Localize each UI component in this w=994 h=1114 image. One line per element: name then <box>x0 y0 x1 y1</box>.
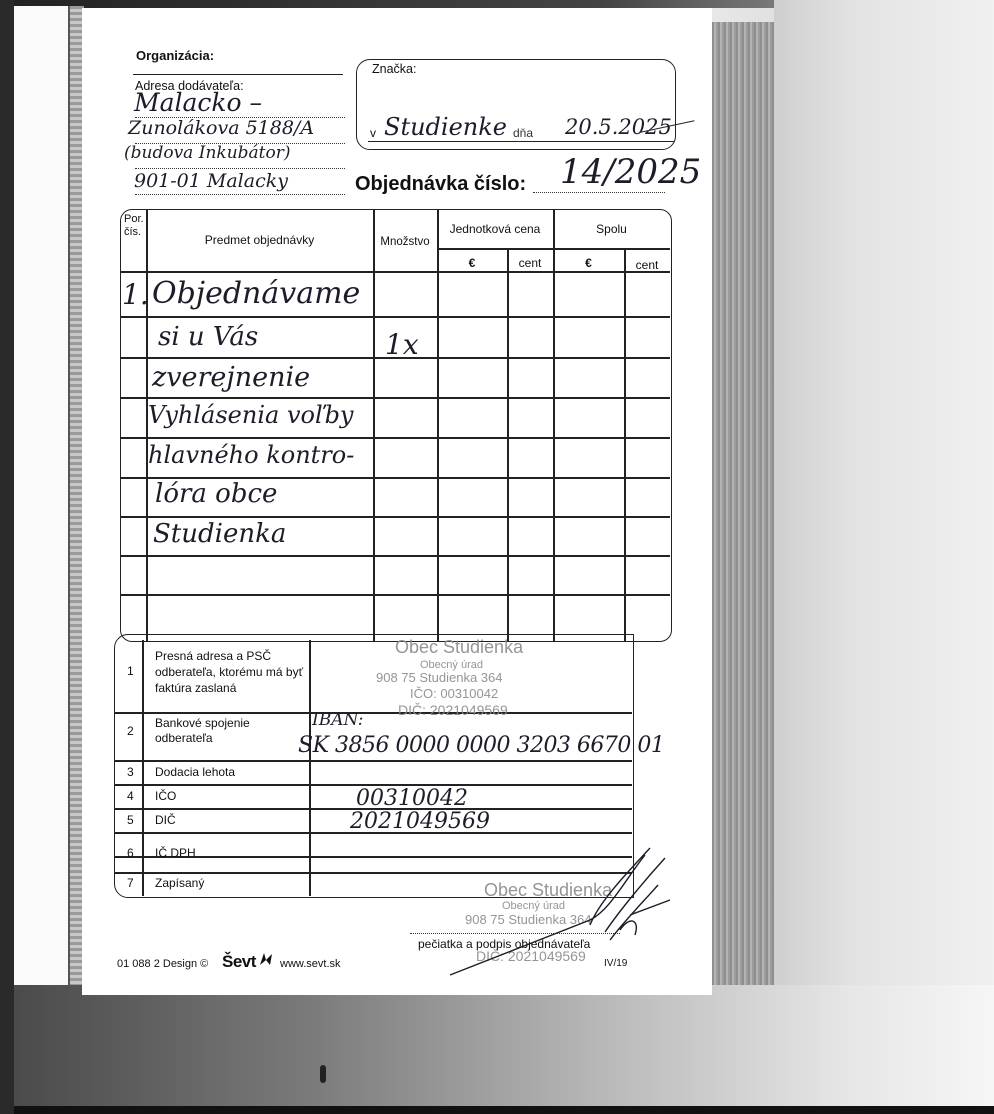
scanner-surface <box>774 0 994 985</box>
bank-iban-prefix: IBAN: <box>312 710 363 730</box>
place-date-underline <box>368 141 674 142</box>
date-label: dňa <box>513 126 533 140</box>
row-line-4 <box>120 437 670 439</box>
place-prefix: v <box>370 126 376 140</box>
customer-row-7-number: 7 <box>127 876 134 890</box>
customer-row-5-label: DIČ <box>155 813 176 827</box>
customer-row-5-number: 5 <box>127 813 134 827</box>
col-divider-unit-euro <box>507 248 509 641</box>
customer-row-2-label: Bankové spojenie odberateľa <box>155 716 295 746</box>
item-subject-line-5: hlavného kontro- <box>148 441 354 469</box>
order-number-label: Objednávka číslo: <box>355 173 526 196</box>
col-header-total-euro: € <box>553 256 624 270</box>
place-value: Studienke <box>384 113 507 141</box>
order-number-value: 14/2025 <box>560 152 701 192</box>
row-line-8 <box>120 594 670 596</box>
dic-value: 2021049569 <box>350 809 490 834</box>
customer-col-divider-label <box>309 640 311 896</box>
butterfly-logo-icon <box>258 951 274 967</box>
customer-row-2-number: 2 <box>127 724 134 738</box>
item-subject-line-2: si u Vás <box>158 322 258 352</box>
scan-bottom-edge <box>14 1106 994 1114</box>
brand-logo-text: Ševt <box>222 952 256 972</box>
dust-speck <box>320 1065 326 1083</box>
table-header-divider <box>120 271 670 273</box>
item-subject-line-1: Objednávame <box>152 276 360 311</box>
customer-row-7-label: Zapísaný <box>155 876 204 890</box>
address-dotted-line-4 <box>135 194 345 195</box>
signature-scribble <box>440 840 680 980</box>
supplier-address-line-4: 901-01 Malacky <box>134 170 288 192</box>
stamp-ico: IČO: 00310042 <box>410 686 498 701</box>
item-subject-line-6: lóra obce <box>155 479 277 509</box>
col-header-unit-cent: cent <box>507 256 553 270</box>
customer-row-line-2 <box>114 760 632 762</box>
order-number-dotted-line <box>533 192 665 193</box>
mark-label: Značka: <box>372 62 416 76</box>
form-code: 01 088 2 Design © <box>117 958 208 970</box>
customer-row-line-1 <box>114 712 632 714</box>
organization-label: Organizácia: <box>136 48 214 63</box>
scan-bottom-shadow <box>14 985 994 1110</box>
col-header-unit-price: Jednotková cena <box>437 222 553 236</box>
item-subject-line-7: Studienka <box>153 519 286 549</box>
customer-row-1-number: 1 <box>127 664 134 678</box>
date-value: 20.5.2025 <box>565 115 672 139</box>
item-subject-line-4: Vyhlásenia voľby <box>148 401 354 429</box>
website: www.sevt.sk <box>280 958 341 970</box>
page-stack-edge <box>712 22 774 997</box>
address-dotted-line-3 <box>135 168 345 169</box>
bank-iban-value: SK 3856 0000 0000 3203 6670 01 <box>298 733 664 758</box>
col-divider-quantity <box>437 209 439 641</box>
ico-value: 00310042 <box>356 786 468 811</box>
item-number: 1. <box>122 278 149 311</box>
organization-underline <box>133 74 343 75</box>
row-line-1 <box>120 316 670 318</box>
col-divider-subject <box>373 209 375 641</box>
revision: IV/19 <box>604 958 627 969</box>
item-quantity: 1x <box>385 328 419 361</box>
customer-row-4-label: IČO <box>155 789 176 803</box>
supplier-address-line-3: (budova Inkubátor) <box>124 143 290 163</box>
col-divider-total-euro <box>624 248 626 641</box>
supplier-address-line-1: Malacko – <box>134 88 262 117</box>
col-header-total: Spolu <box>553 222 670 236</box>
col-divider-unit-price <box>553 209 555 641</box>
col-header-quantity: Množstvo <box>373 236 437 248</box>
customer-row-3-label: Dodacia lehota <box>155 765 235 779</box>
col-header-subject: Predmet objednávky <box>146 233 373 247</box>
customer-row-6-number: 6 <box>127 846 134 860</box>
customer-row-4-number: 4 <box>127 789 134 803</box>
facing-page <box>14 6 69 991</box>
col-header-number: Por. čís. <box>124 213 146 239</box>
col-header-total-cent: cent <box>624 258 670 272</box>
customer-row-1-label: Presná adresa a PSČ odberateľa, ktorému … <box>155 648 305 696</box>
customer-row-6-label: IČ DPH <box>155 846 196 860</box>
stamp-dic: DIČ: 2021049569 <box>398 702 508 718</box>
row-line-3 <box>120 397 670 399</box>
col-header-unit-euro: € <box>437 256 507 270</box>
stamp-address: 908 75 Studienka 364 <box>376 670 503 685</box>
supplier-address-line-2: Zunolákova 5188/A <box>128 117 314 139</box>
stamp-name: Obec Studienka <box>395 637 523 658</box>
price-subheader-divider <box>437 248 670 250</box>
customer-row-3-number: 3 <box>127 765 134 779</box>
row-line-7 <box>120 555 670 557</box>
customer-col-divider-number <box>142 640 144 896</box>
item-subject-line-3: zverejnenie <box>152 362 310 393</box>
row-line-6 <box>120 516 670 518</box>
